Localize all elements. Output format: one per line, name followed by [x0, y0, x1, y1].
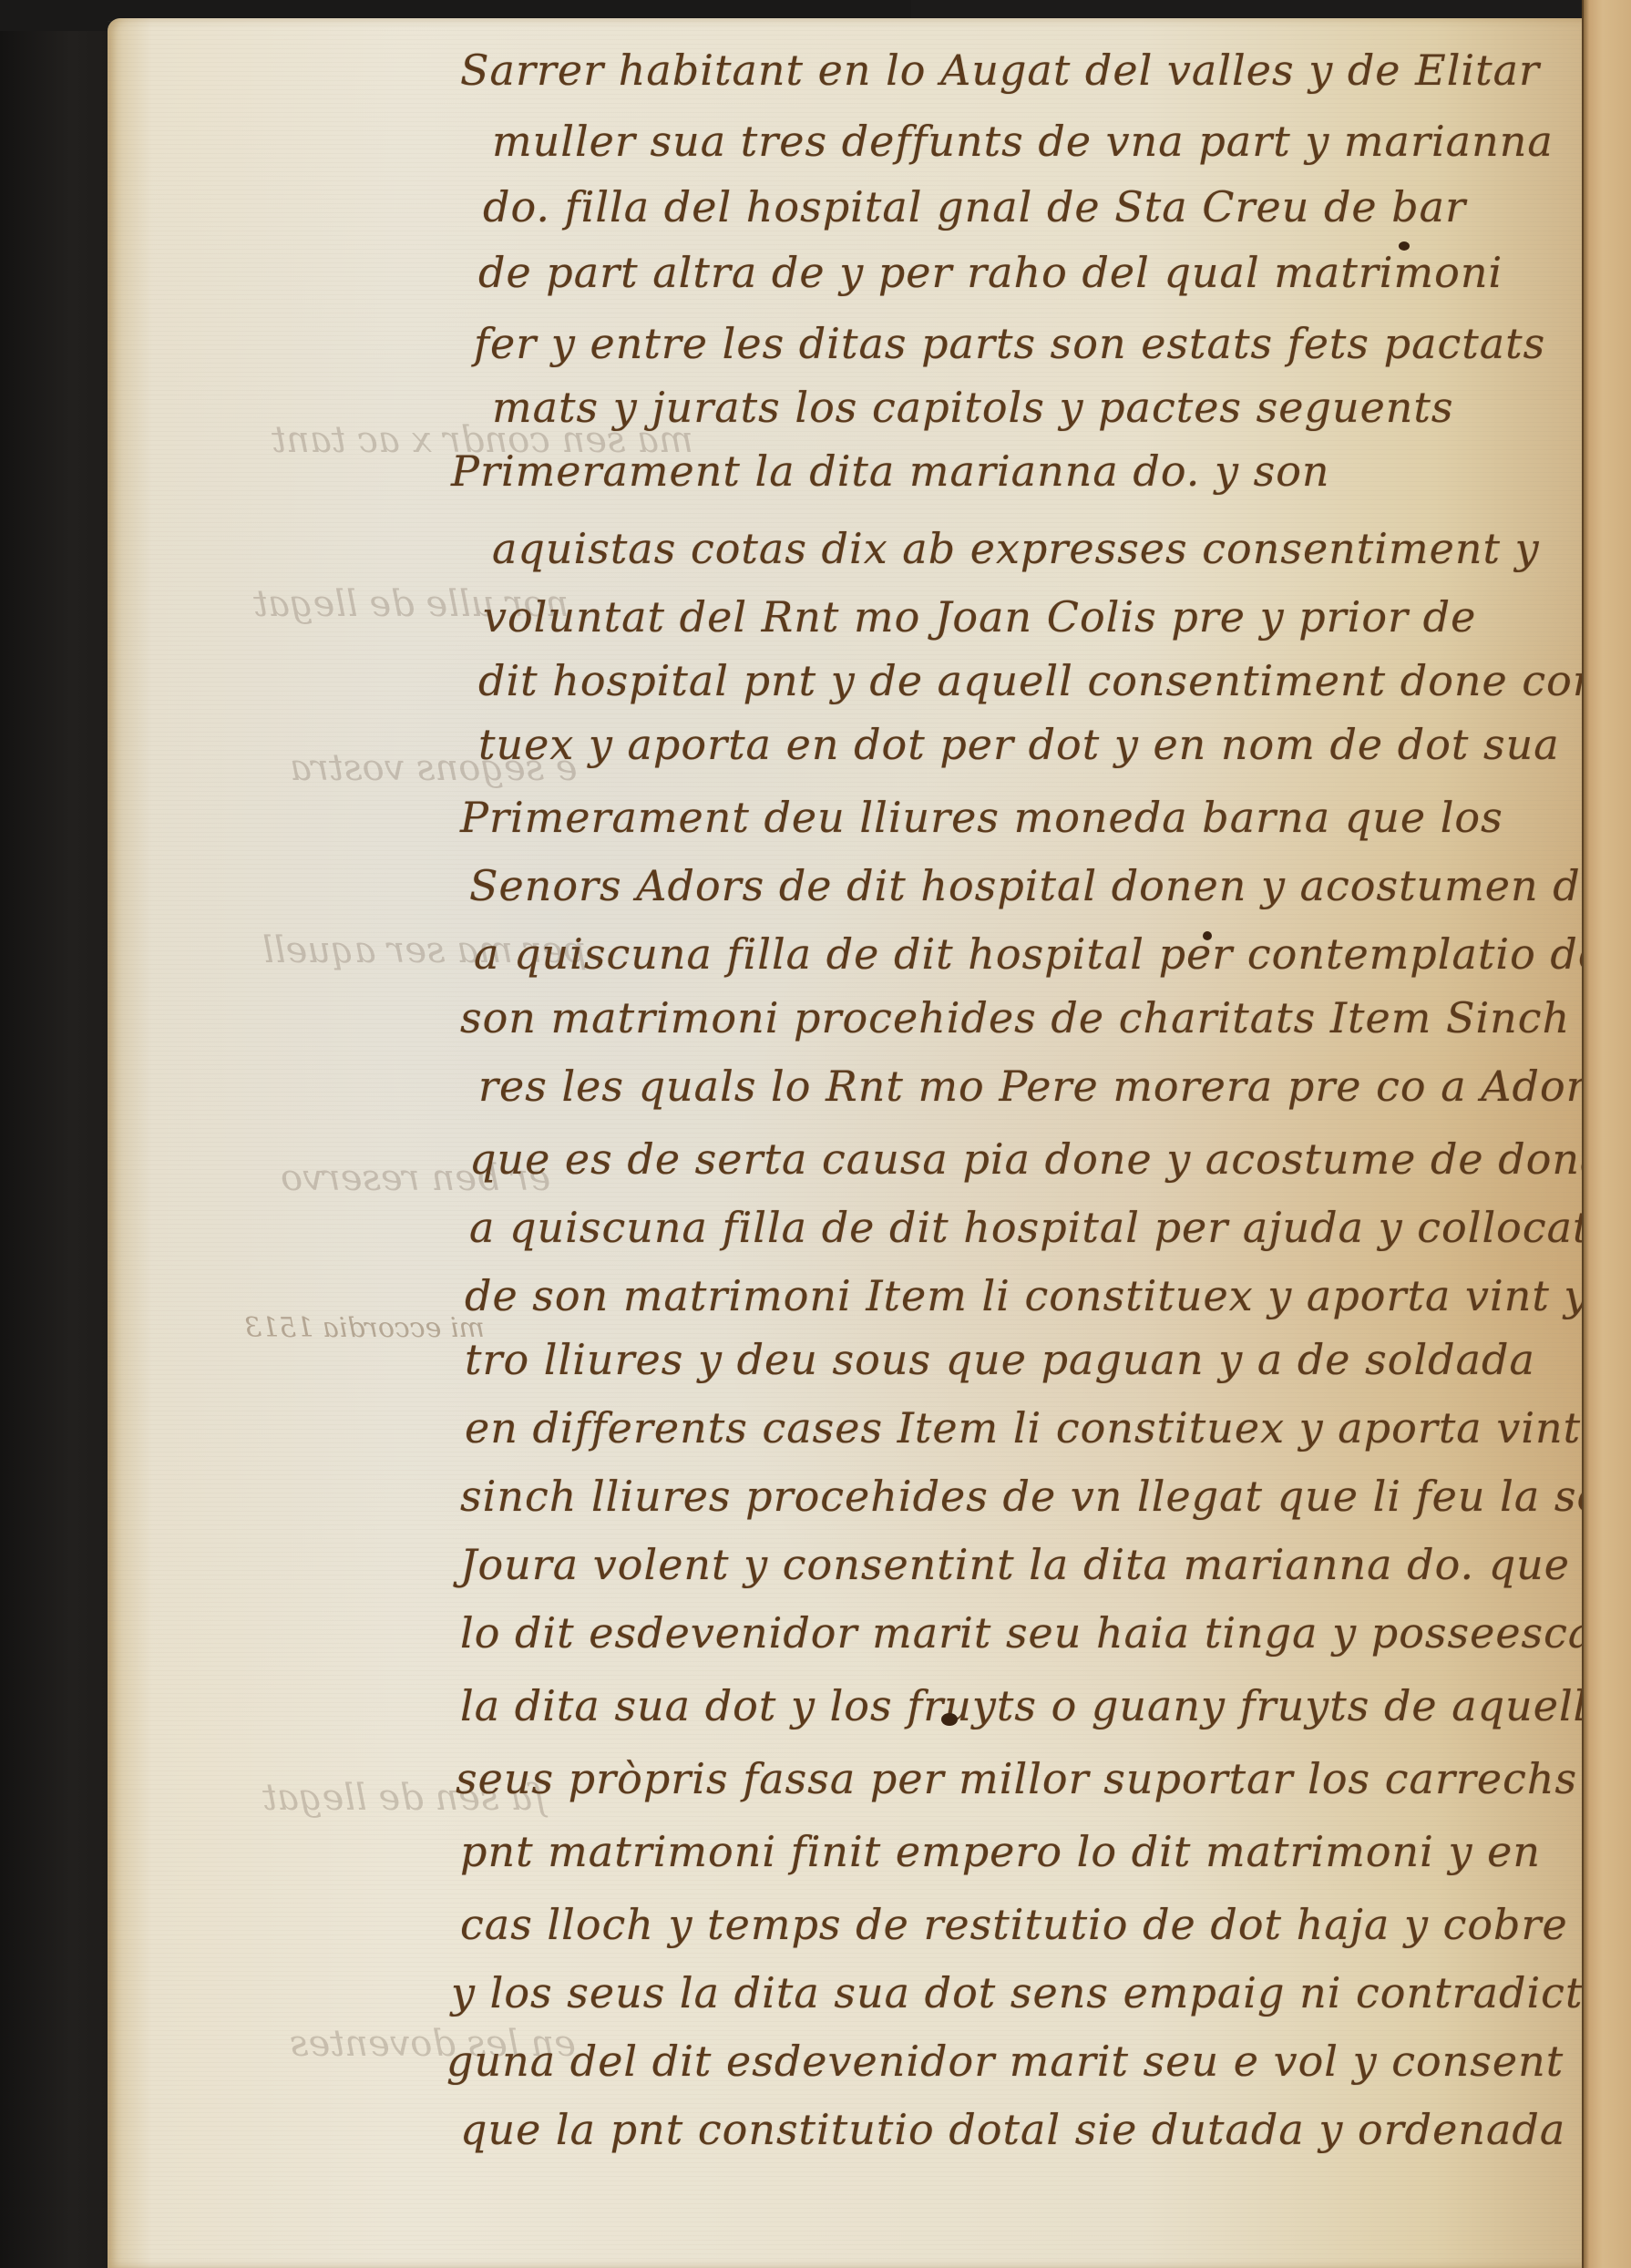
manuscript-line: seus pròpris fassa per millor suportar l… — [456, 1754, 1631, 1803]
manuscript-line: tuex y aporta en dot per dot y en nom de… — [478, 720, 1560, 769]
manuscript-line: muller sua tres deffunts de vna part y m… — [492, 117, 1554, 166]
manuscript-line: guna del dit esdevenidor marit seu e vol… — [446, 2037, 1564, 2086]
manuscript-line: cas lloch y temps de restitutio de dot h… — [460, 1900, 1631, 1949]
manuscript-line: Primerament deu lliures moneda barna que… — [460, 793, 1503, 842]
manuscript-line: de son matrimoni Item li constituex y ap… — [465, 1271, 1631, 1320]
text-block: Sarrer habitant en lo Augat del valles y… — [0, 0, 1631, 2268]
ink-blot — [941, 1713, 958, 1726]
manuscript-line: Joura volent y consentint la dita marian… — [460, 1540, 1570, 1589]
ink-blot — [1203, 931, 1212, 940]
manuscript-line: dit hospital pnt y de aquell consentimen… — [478, 656, 1631, 705]
manuscript-line: y los seus la dita sua dot sens empaig n… — [451, 1968, 1631, 2017]
manuscript-page: ma sen condr x ac tant nor ulle de llega… — [108, 18, 1584, 2268]
manuscript-line: que es de serta causa pia done y acostum… — [469, 1134, 1626, 1184]
manuscript-line: do. filla del hospital gnal de Sta Creu … — [483, 182, 1466, 231]
manuscript-line: Sarrer habitant en lo Augat del valles y… — [460, 46, 1540, 95]
manuscript-line: a quiscuna filla de dit hospital per con… — [474, 929, 1604, 979]
ink-blot — [1399, 241, 1410, 251]
manuscript-line: pnt matrimoni finit empero lo dit matrim… — [460, 1827, 1541, 1876]
manuscript-line: sinch lliures procehides de vn llegat qu… — [460, 1472, 1631, 1521]
manuscript-line: la dita sua dot y los fruyts o guany fru… — [460, 1681, 1631, 1730]
manuscript-line: Primerament la dita marianna do. y son — [451, 446, 1330, 496]
manuscript-line: que la pnt constitutio dotal sie dutada … — [460, 2105, 1565, 2154]
manuscript-line: aquistas cotas dix ab expresses consenti… — [492, 524, 1540, 573]
manuscript-line: tro lliures y deu sous que paguan y a de… — [465, 1335, 1535, 1384]
book-gutter — [1584, 0, 1631, 2268]
manuscript-line: res les quals lo Rnt mo Pere morera pre … — [478, 1062, 1587, 1111]
manuscript-line: en differents cases Item li constituex y… — [465, 1403, 1620, 1452]
manuscript-line: voluntat del Rnt mo Joan Colis pre y pri… — [483, 592, 1476, 641]
manuscript-line: son matrimoni procehides de charitats It… — [460, 993, 1627, 1042]
manuscript-line: lo dit esdevenidor marit seu haia tinga … — [460, 1608, 1594, 1657]
manuscript-line: Senors Adors de dit hospital donen y aco… — [469, 861, 1631, 910]
manuscript-line: fer y entre les ditas parts son estats f… — [474, 319, 1545, 368]
manuscript-line: a quiscuna filla de dit hospital per aju… — [469, 1203, 1631, 1252]
manuscript-line: mats y jurats los capitols y pactes segu… — [492, 383, 1454, 432]
manuscript-line: de part altra de y per raho del qual mat… — [478, 248, 1503, 297]
